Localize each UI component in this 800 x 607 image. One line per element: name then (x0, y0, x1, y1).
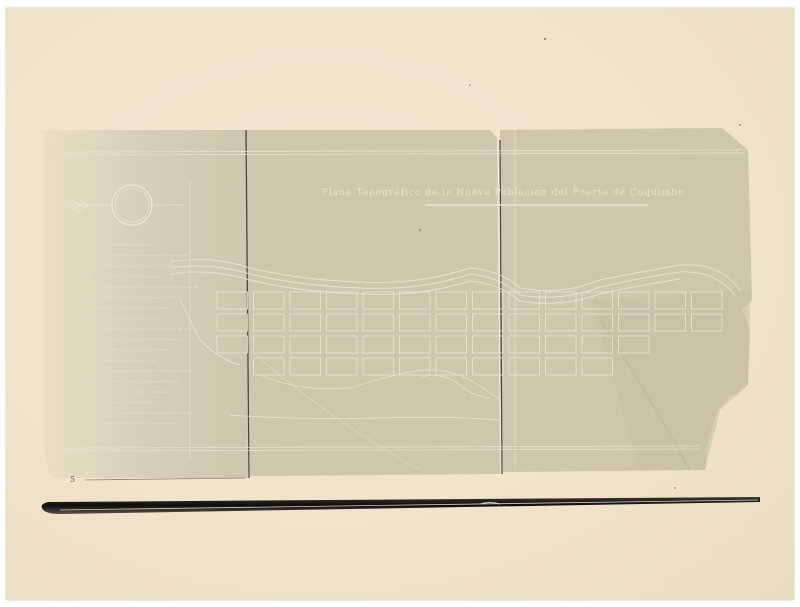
map-sheets (44, 128, 752, 478)
margin-mark: 5 (70, 475, 75, 484)
rod-shadow (42, 497, 760, 514)
map-title: Plano Topográfico de la Nueva Población … (322, 187, 684, 198)
topographic-map: Plano Topográfico de la Nueva Población … (0, 0, 800, 607)
